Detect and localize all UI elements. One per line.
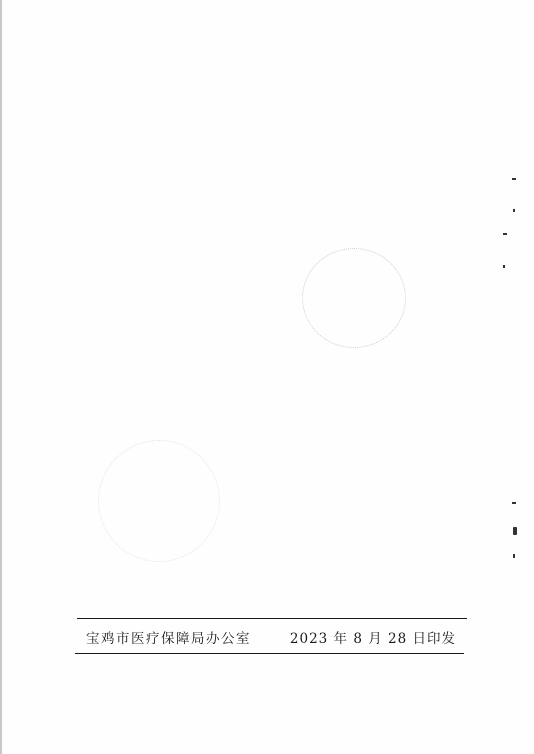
issuing-office: 宝鸡市医疗保障局办公室 (86, 627, 251, 647)
margin-mark (512, 178, 516, 180)
faint-seal-imprint (98, 440, 220, 562)
margin-mark (503, 233, 507, 235)
margin-mark (513, 527, 517, 535)
footer-bottom-rule (75, 653, 464, 654)
footer-top-rule (77, 618, 467, 619)
margin-mark (503, 265, 505, 268)
document-page: 宝鸡市医疗保障局办公室 2023 年 8 月 28 日印发 (0, 0, 534, 754)
official-seal-imprint (302, 248, 406, 348)
issue-date: 2023 年 8 月 28 日印发 (290, 627, 456, 647)
margin-mark (512, 502, 516, 504)
margin-mark (513, 554, 515, 558)
margin-mark (513, 209, 515, 212)
